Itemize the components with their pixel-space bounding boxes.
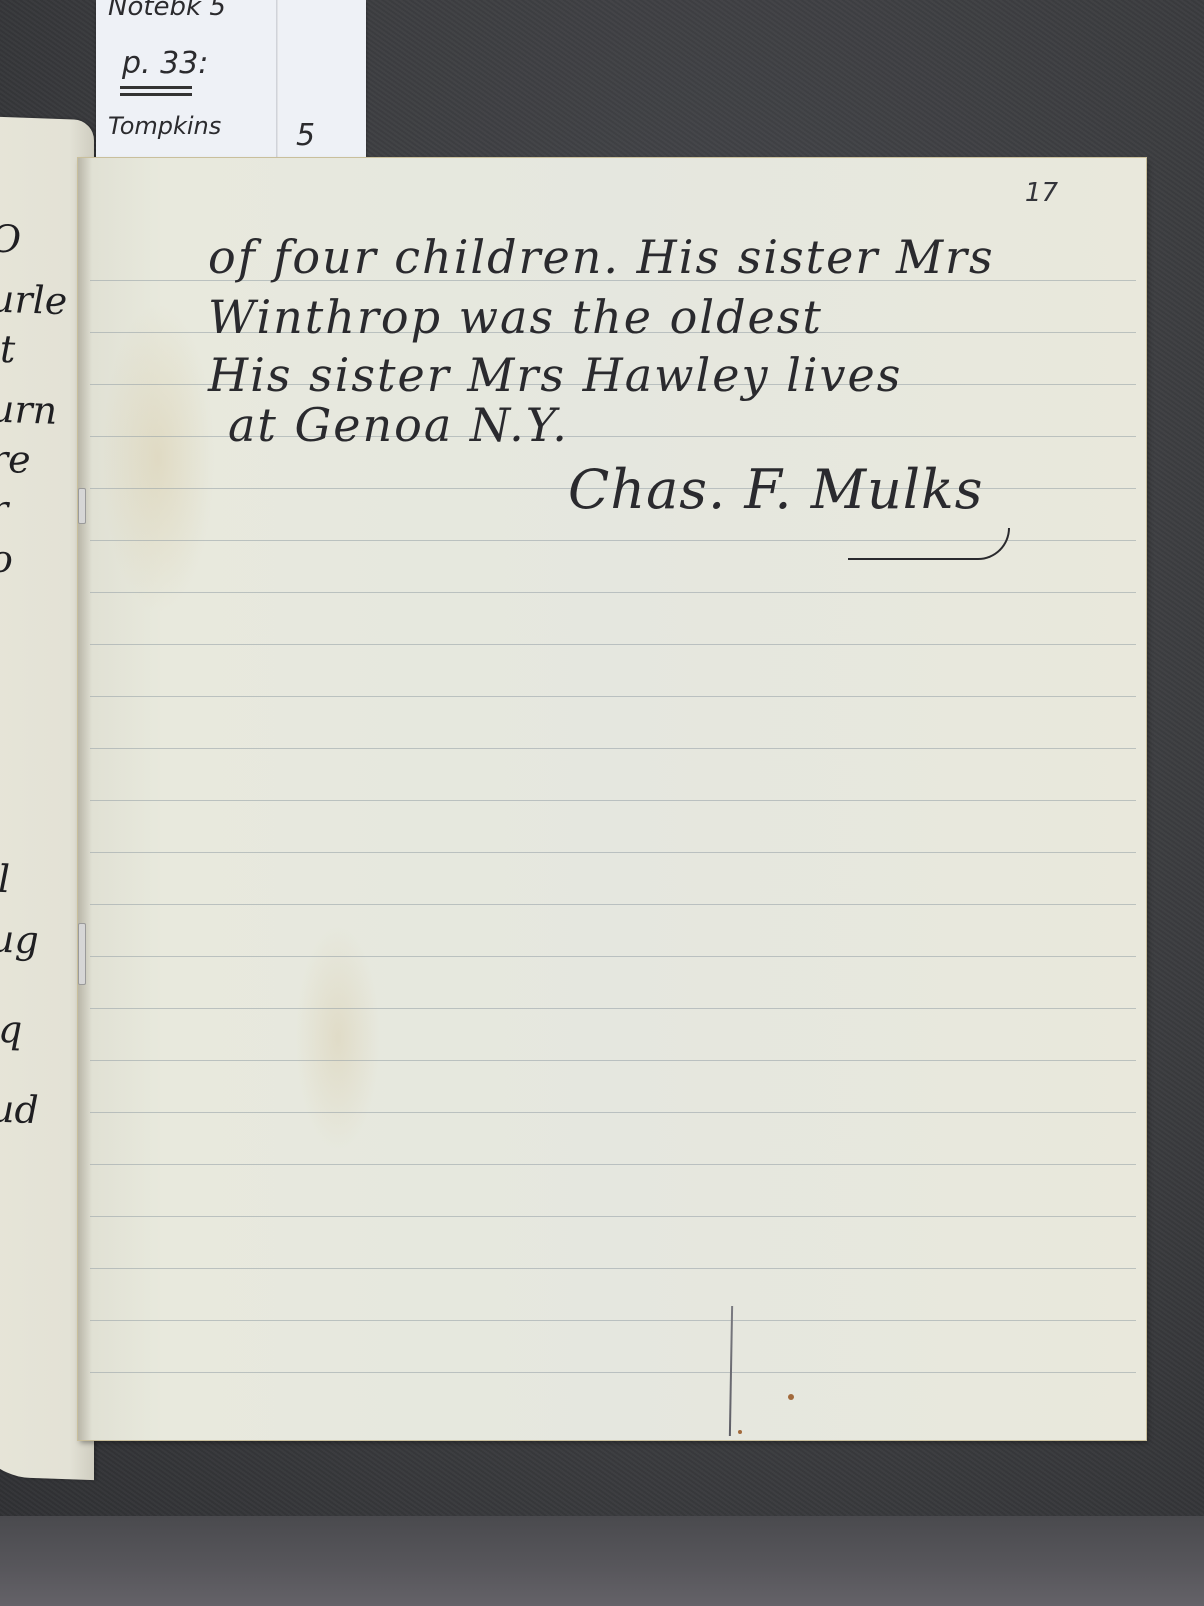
ruled-line bbox=[90, 1112, 1136, 1113]
left-page-fragment: q bbox=[0, 1007, 22, 1052]
ruled-line bbox=[90, 956, 1136, 957]
left-page-fragment: r bbox=[0, 487, 8, 532]
staple bbox=[78, 488, 86, 524]
left-page-fragment: urn bbox=[0, 387, 57, 433]
slip-number: 5 bbox=[296, 118, 315, 153]
left-page-fragment: urle bbox=[0, 277, 67, 324]
foxing-spot bbox=[738, 1430, 742, 1434]
signature: Chas. F. Mulks bbox=[568, 458, 984, 521]
staple bbox=[78, 923, 86, 985]
slip-double-underline bbox=[120, 86, 192, 96]
foxing-spot bbox=[788, 1394, 794, 1400]
ruled-line bbox=[90, 1008, 1136, 1009]
ruled-line bbox=[90, 592, 1136, 593]
ruled-line bbox=[90, 1320, 1136, 1321]
ruled-line bbox=[90, 1060, 1136, 1061]
ruled-line bbox=[90, 852, 1136, 853]
page-gutter bbox=[78, 158, 92, 1440]
slip-fold bbox=[276, 0, 279, 172]
paper-tear bbox=[729, 1306, 733, 1436]
page-number: 17 bbox=[1025, 178, 1058, 208]
ruled-line bbox=[90, 800, 1136, 801]
ruled-line bbox=[90, 748, 1136, 749]
left-page-fragment: ud bbox=[0, 1087, 39, 1133]
left-page-fragment: t bbox=[0, 327, 15, 372]
left-page-fragment: ug bbox=[0, 917, 39, 963]
left-page-fragment: re bbox=[0, 437, 31, 482]
slip-notebook-label: Notebk 5 bbox=[108, 0, 226, 22]
left-page-fragment: l bbox=[0, 857, 10, 901]
left-page-fragment: O bbox=[0, 217, 21, 262]
ruled-line bbox=[90, 696, 1136, 697]
notebook-page: 17 of four children. His sister Mrs Wint… bbox=[78, 158, 1146, 1440]
handwritten-line-3: His sister Mrs Hawley lives bbox=[208, 348, 902, 402]
handwritten-line-4: at Genoa N.Y. bbox=[228, 398, 569, 452]
ruled-line bbox=[90, 1216, 1136, 1217]
slip-county-name: Tompkins bbox=[108, 112, 221, 140]
ruled-line bbox=[90, 904, 1136, 905]
left-page-fragment: o bbox=[0, 537, 13, 582]
handwritten-line-1: of four children. His sister Mrs bbox=[208, 230, 995, 284]
index-slip: Notebk 5 p. 33: Tompkins 5 bbox=[96, 0, 366, 172]
ruled-line bbox=[90, 1372, 1136, 1373]
ruled-line bbox=[90, 1164, 1136, 1165]
ruled-line bbox=[90, 1268, 1136, 1269]
table-surface bbox=[0, 1516, 1204, 1606]
handwritten-line-2: Winthrop was the oldest bbox=[208, 290, 823, 344]
slip-page-ref: p. 33: bbox=[122, 46, 208, 81]
ruled-line bbox=[90, 644, 1136, 645]
signature-flourish bbox=[848, 528, 1010, 560]
